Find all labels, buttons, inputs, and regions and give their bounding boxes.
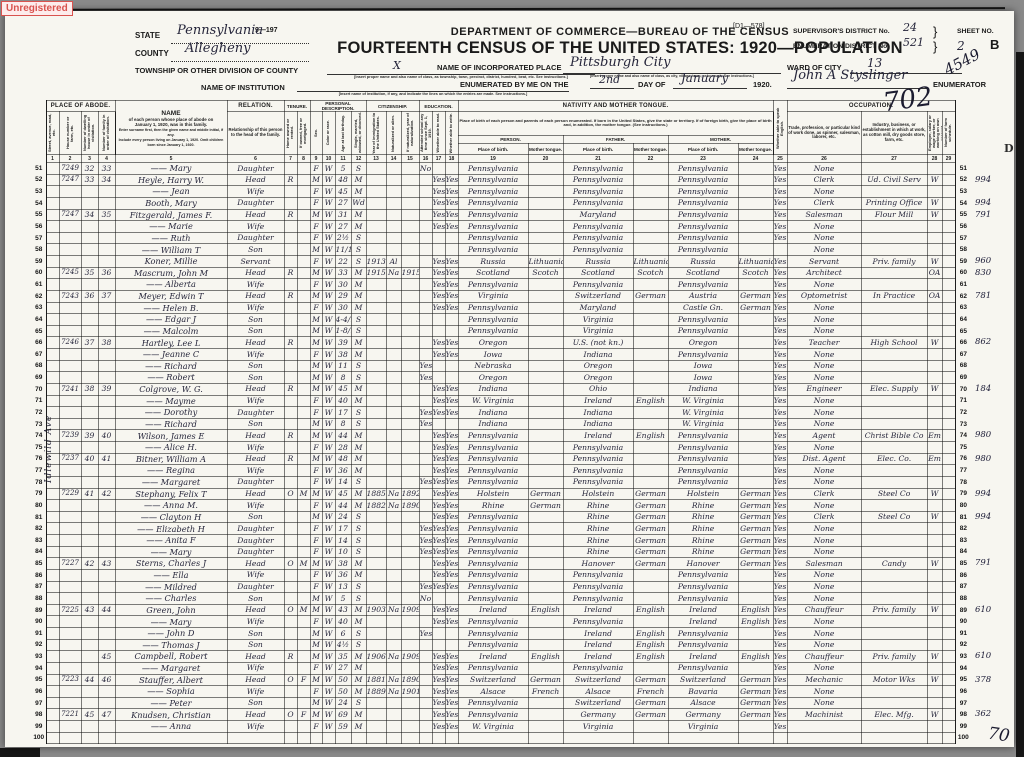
cell-imm <box>366 244 386 256</box>
cell-ind <box>861 535 927 547</box>
cell-fb: Rhine <box>563 523 633 535</box>
cell-age: 2½ <box>335 232 351 244</box>
cell-emp <box>927 535 942 547</box>
cell-t1 <box>284 697 297 709</box>
cell-naty <box>401 349 419 361</box>
cell-dw <box>81 697 98 709</box>
cell-t2: M <box>297 488 310 500</box>
cell-mar: S <box>351 697 366 709</box>
cell-name: —— Mayme <box>115 395 227 407</box>
cell-naty <box>401 546 419 558</box>
cell-mar: M <box>351 430 366 442</box>
cell-farm <box>942 209 955 221</box>
cell-sex: M <box>310 558 322 570</box>
cell-sch <box>419 697 432 709</box>
cell-st <box>46 476 59 488</box>
cell-name: —— Charles <box>115 593 227 605</box>
cell-farm <box>942 163 955 175</box>
cell-sch <box>419 383 432 395</box>
cell-rd: Yes <box>432 186 445 198</box>
cell-farm <box>942 174 955 186</box>
table-row: 96—— SophiaWifeFW50M1889Na1901YesYesAlsa… <box>32 686 995 698</box>
cell-ind <box>861 395 927 407</box>
cell-dw <box>81 732 98 744</box>
cell-ind: Ud. Civil Serv <box>861 174 927 186</box>
cell-st <box>46 488 59 500</box>
cell-pt <box>528 558 563 570</box>
cell-hn: 7221 <box>59 709 81 721</box>
cell-imm <box>366 732 386 744</box>
cell-ft <box>633 453 668 465</box>
cell-imm <box>366 476 386 488</box>
cell-code: 781 <box>971 290 995 302</box>
cell-fb: Pennsylvania <box>563 279 633 291</box>
cell-pt <box>528 407 563 419</box>
cell-pb: Pennsylvania <box>458 523 528 535</box>
cell-rd <box>432 232 445 244</box>
cell-name: —— Clayton H <box>115 511 227 523</box>
cell-emp: W <box>927 383 942 395</box>
nativity-mother: MOTHER. <box>668 135 773 144</box>
cell-t1 <box>284 686 297 698</box>
cell-pt <box>528 721 563 733</box>
cell-mb: Pennsylvania <box>668 349 738 361</box>
cell-fb: Pennsylvania <box>563 616 633 628</box>
cell-dw <box>81 349 98 361</box>
cell-naty <box>401 616 419 628</box>
cell-rel: Daughter <box>227 476 284 488</box>
line-number-left: 58 <box>32 244 46 256</box>
cell-mb: Bavaria <box>668 686 738 698</box>
cell-pb: Pennsylvania <box>458 174 528 186</box>
cell-name: Campbell, Robert <box>115 651 227 663</box>
cell-mb <box>668 732 738 744</box>
cell-st <box>46 221 59 233</box>
cell-code <box>971 418 995 430</box>
cell-t2 <box>297 593 310 605</box>
cell-ind: Priv. family <box>861 256 927 268</box>
cell-wr: Yes <box>445 558 458 570</box>
cell-imm: 1906 <box>366 651 386 663</box>
cell-occ: None <box>787 163 861 175</box>
cell-st <box>46 314 59 326</box>
cell-t1: R <box>284 651 297 663</box>
cell-t1 <box>284 593 297 605</box>
place-label: NAME OF INCORPORATED PLACE <box>437 63 561 72</box>
cell-imm <box>366 174 386 186</box>
cell-col: W <box>322 430 335 442</box>
cell-fb: Rhine <box>563 511 633 523</box>
cell-ind <box>861 593 927 605</box>
cell-pt <box>528 383 563 395</box>
cell-eng: Yes <box>773 662 787 674</box>
line-number-right: 51 <box>955 163 971 175</box>
cell-t1: O <box>284 488 297 500</box>
cell-naty <box>401 442 419 454</box>
cell-farm <box>942 232 955 244</box>
cell-age: 35 <box>335 651 351 663</box>
cell-rel: Wife <box>227 186 284 198</box>
cell-mar: S <box>351 523 366 535</box>
cell-emp <box>927 581 942 593</box>
cell-dw <box>81 662 98 674</box>
line-number-left: 77 <box>32 465 46 477</box>
line-number-left: 96 <box>32 686 46 698</box>
line-number-left: 98 <box>32 709 46 721</box>
cell-mar: S <box>351 256 366 268</box>
cell-rd: Yes <box>432 302 445 314</box>
group-place-of-abode: PLACE OF ABODE. <box>46 101 115 112</box>
cell-hn: 7239 <box>59 430 81 442</box>
cell-imm <box>366 709 386 721</box>
cell-sch <box>419 511 432 523</box>
cell-wr: Yes <box>445 465 458 477</box>
cell-t1 <box>284 325 297 337</box>
cell-imm <box>366 337 386 349</box>
cell-nat <box>386 476 401 488</box>
cell-hn <box>59 686 81 698</box>
cell-ind <box>861 662 927 674</box>
cell-st <box>46 500 59 512</box>
cell-hn <box>59 197 81 209</box>
cell-rd: Yes <box>432 453 445 465</box>
cell-nat <box>386 372 401 384</box>
cell-pt <box>528 616 563 628</box>
cell-t2 <box>297 163 310 175</box>
table-row: 7672374041Bitner, William AHeadRMW48MYes… <box>32 453 995 465</box>
cell-wr: Yes <box>445 279 458 291</box>
cell-farm <box>942 360 955 372</box>
cell-imm <box>366 418 386 430</box>
cell-nat <box>386 709 401 721</box>
table-row: 5172493233—— MaryDaughterFW5SNoPennsylva… <box>32 163 995 175</box>
cell-occ: Architect <box>787 267 861 279</box>
cell-fam <box>98 302 115 314</box>
cell-st <box>46 186 59 198</box>
cell-occ: None <box>787 221 861 233</box>
cell-occ: None <box>787 186 861 198</box>
cell-wr: Yes <box>445 453 458 465</box>
cell-rel: Head <box>227 709 284 721</box>
group-education: EDUCATION. <box>419 101 458 112</box>
cell-occ: None <box>787 697 861 709</box>
cell-imm <box>366 314 386 326</box>
cell-ft: English <box>633 651 668 663</box>
cell-rd: Yes <box>432 500 445 512</box>
cell-st <box>46 628 59 640</box>
cell-fb: Pennsylvania <box>563 232 633 244</box>
line-number-right: 60 <box>955 267 971 279</box>
table-row: 6072453536Mascrum, John MHeadRMW33M1915N… <box>32 267 995 279</box>
cell-fam <box>98 395 115 407</box>
line-number-right: 84 <box>955 546 971 558</box>
cell-emp <box>927 476 942 488</box>
cell-age: 10 <box>335 546 351 558</box>
cell-naty <box>401 279 419 291</box>
line-number-right: 57 <box>955 232 971 244</box>
cell-eng: Yes <box>773 290 787 302</box>
cell-eng: Yes <box>773 535 787 547</box>
line-number-right: 61 <box>955 279 971 291</box>
scan-edge-right <box>1016 52 1024 757</box>
cell-pt <box>528 697 563 709</box>
table-row: 5272473334Heyle, Harry W.HeadRMW48MYesYe… <box>32 174 995 186</box>
cell-wr: Yes <box>445 535 458 547</box>
unregistered-watermark: Unregistered <box>1 1 73 16</box>
day-rule <box>590 87 634 89</box>
cell-occ: None <box>787 581 861 593</box>
group-occupation: OCCUPATION. <box>787 101 955 112</box>
cell-nat <box>386 244 401 256</box>
col-naturalized: Naturalized or alien. <box>386 112 401 155</box>
cell-sex: F <box>310 197 322 209</box>
cell-code: 610 <box>971 604 995 616</box>
cell-sex: M <box>310 604 322 616</box>
cell-emp: OA <box>927 267 942 279</box>
line-number-right: 90 <box>955 616 971 628</box>
cell-sex: M <box>310 372 322 384</box>
cell-name: Heyle, Harry W. <box>115 174 227 186</box>
cell-ft <box>633 314 668 326</box>
col-sex: Sex. <box>310 112 322 155</box>
cell-mar: M <box>351 383 366 395</box>
cell-st <box>46 232 59 244</box>
cell-ft: Scotch <box>633 267 668 279</box>
cell-dw: 43 <box>81 604 98 616</box>
cell-sex: F <box>310 616 322 628</box>
cell-occ: None <box>787 500 861 512</box>
line-number-left: 85 <box>32 558 46 570</box>
cell-sex: M <box>310 639 322 651</box>
cell-dw <box>81 639 98 651</box>
line-number-left: 91 <box>32 628 46 640</box>
cell-st <box>46 383 59 395</box>
cell-sch: Yes <box>419 535 432 547</box>
cell-t2 <box>297 500 310 512</box>
cell-rel: Wife <box>227 349 284 361</box>
cell-farm <box>942 732 955 744</box>
cell-fam: 39 <box>98 383 115 395</box>
cell-sch <box>419 569 432 581</box>
cell-sex: M <box>310 418 322 430</box>
cell-name <box>115 732 227 744</box>
cell-dw <box>81 256 98 268</box>
cell-dw: 41 <box>81 488 98 500</box>
cell-fb: Ireland <box>563 628 633 640</box>
cell-pb: Iowa <box>458 349 528 361</box>
cell-rd: Yes <box>432 221 445 233</box>
line-number-left: 75 <box>32 442 46 454</box>
cell-eng: Yes <box>773 279 787 291</box>
cell-col: W <box>322 523 335 535</box>
cell-pb: Nebraska <box>458 360 528 372</box>
cell-mt: German <box>738 523 773 535</box>
cell-farm <box>942 186 955 198</box>
cell-sex: F <box>310 686 322 698</box>
enumerated-month: January <box>681 71 728 85</box>
cell-col: W <box>322 302 335 314</box>
cell-age: 30 <box>335 302 351 314</box>
cell-imm <box>366 662 386 674</box>
group-nativity: NATIVITY AND MOTHER TONGUE. <box>458 101 773 112</box>
person-pob-label: Place of birth. <box>458 144 528 155</box>
cell-sex: F <box>310 221 322 233</box>
line-number-right: 74 <box>955 430 971 442</box>
cell-eng: Yes <box>773 209 787 221</box>
cell-emp <box>927 465 942 477</box>
cell-imm <box>366 290 386 302</box>
table-row: 90—— MaryWifeFW40MYesYesPennsylvaniaPenn… <box>32 616 995 628</box>
cell-name: —— Edgar J <box>115 314 227 326</box>
cell-t1 <box>284 279 297 291</box>
cell-pt: German <box>528 500 563 512</box>
cell-mt: German <box>738 302 773 314</box>
cell-naty <box>401 732 419 744</box>
cell-t1 <box>284 232 297 244</box>
cell-pb: Holstein <box>458 488 528 500</box>
cell-mt: English <box>738 604 773 616</box>
cell-col: W <box>322 616 335 628</box>
cell-ind <box>861 500 927 512</box>
cell-fb: Indiana <box>563 349 633 361</box>
cell-ind <box>861 581 927 593</box>
cell-naty <box>401 558 419 570</box>
cell-mar: M <box>351 651 366 663</box>
cell-fb: Germany <box>563 709 633 721</box>
cell-age: 38 <box>335 349 351 361</box>
cell-wr <box>445 314 458 326</box>
cell-naty <box>401 209 419 221</box>
cell-name: —— Richard <box>115 418 227 430</box>
cell-rd <box>432 314 445 326</box>
table-row: 99—— AnnaWifeFW59MYesYesW. VirginiaVirgi… <box>32 721 995 733</box>
cell-mt <box>738 325 773 337</box>
cell-sch <box>419 349 432 361</box>
cell-emp: W <box>927 256 942 268</box>
cell-col: W <box>322 407 335 419</box>
cell-hn <box>59 221 81 233</box>
cell-imm <box>366 209 386 221</box>
cell-code: 184 <box>971 383 995 395</box>
cell-mar: S <box>351 581 366 593</box>
cell-imm <box>366 721 386 733</box>
cell-fb: Pennsylvania <box>563 221 633 233</box>
line-number-right: 73 <box>955 418 971 430</box>
cell-code <box>971 639 995 651</box>
cell-ind: In Practice <box>861 290 927 302</box>
line-number-right: 91 <box>955 628 971 640</box>
cell-hn <box>59 325 81 337</box>
cell-occ: None <box>787 569 861 581</box>
cell-pt <box>528 523 563 535</box>
cell-fam <box>98 546 115 558</box>
cell-fb: Rhine <box>563 500 633 512</box>
cell-name: —— Ella <box>115 569 227 581</box>
cell-fb: Ireland <box>563 395 633 407</box>
line-number-right: 65 <box>955 325 971 337</box>
cell-t2: F <box>297 709 310 721</box>
table-row: 77—— ReginaWifeFW36MYesYesPennsylvaniaPe… <box>32 465 995 477</box>
cell-age: 13 <box>335 581 351 593</box>
line-number-left: 56 <box>32 221 46 233</box>
cell-occ: None <box>787 314 861 326</box>
cell-pt: Lithuanian <box>528 256 563 268</box>
col-house-number: House number or farm, etc. <box>59 112 81 155</box>
cell-t2 <box>297 279 310 291</box>
cell-t1 <box>284 349 297 361</box>
cell-imm <box>366 407 386 419</box>
cell-dw <box>81 186 98 198</box>
cell-emp: W <box>927 709 942 721</box>
cell-t2 <box>297 721 310 733</box>
cell-col: W <box>322 465 335 477</box>
cell-code <box>971 244 995 256</box>
cell-mt <box>738 721 773 733</box>
cell-nat <box>386 697 401 709</box>
cell-t1 <box>284 511 297 523</box>
cell-rel: Head <box>227 290 284 302</box>
cell-age: 1-8/12 <box>335 325 351 337</box>
cell-fb: Pennsylvania <box>563 662 633 674</box>
cell-mt <box>738 349 773 361</box>
table-row: 78—— MargaretDaughterFW14SYesYesYesPenns… <box>32 476 995 488</box>
cell-code <box>971 407 995 419</box>
cell-code: 960 <box>971 256 995 268</box>
cell-pb: Pennsylvania <box>458 581 528 593</box>
cell-rel: Head <box>227 651 284 663</box>
cell-t2: M <box>297 558 310 570</box>
cell-farm <box>942 581 955 593</box>
cell-ind: Elec. Supply <box>861 383 927 395</box>
cell-wr <box>445 163 458 175</box>
line-number-right: 82 <box>955 523 971 535</box>
cell-mb: Scotland <box>668 267 738 279</box>
cell-naty <box>401 593 419 605</box>
cell-t2 <box>297 325 310 337</box>
cell-eng: Yes <box>773 546 787 558</box>
cell-t2 <box>297 302 310 314</box>
cell-mt <box>738 174 773 186</box>
cell-dw <box>81 442 98 454</box>
cell-dw: 35 <box>81 267 98 279</box>
cell-col: W <box>322 325 335 337</box>
cell-nat <box>386 628 401 640</box>
cell-ft <box>633 721 668 733</box>
mother-tongue-label: Mother tongue. <box>738 144 773 155</box>
table-row: 73—— RichardSonMW8SYesIndianaIndianaW. V… <box>32 418 995 430</box>
cell-t2 <box>297 290 310 302</box>
cell-rd: Yes <box>432 569 445 581</box>
cell-ft <box>633 349 668 361</box>
cell-pb: Pennsylvania <box>458 244 528 256</box>
cell-rel: Head <box>227 558 284 570</box>
cell-st <box>46 279 59 291</box>
person-tongue-label: Mother tongue. <box>528 144 563 155</box>
cell-ind <box>861 325 927 337</box>
cell-mt <box>738 476 773 488</box>
cell-emp <box>927 593 942 605</box>
cell-sch <box>419 221 432 233</box>
cell-ft <box>633 186 668 198</box>
cell-st <box>46 604 59 616</box>
cell-nat <box>386 721 401 733</box>
cell-sch <box>419 337 432 349</box>
cell-pb: Pennsylvania <box>458 535 528 547</box>
cell-hn <box>59 442 81 454</box>
cell-ind <box>861 546 927 558</box>
cell-farm <box>942 290 955 302</box>
cell-fb: Pennsylvania <box>563 569 633 581</box>
